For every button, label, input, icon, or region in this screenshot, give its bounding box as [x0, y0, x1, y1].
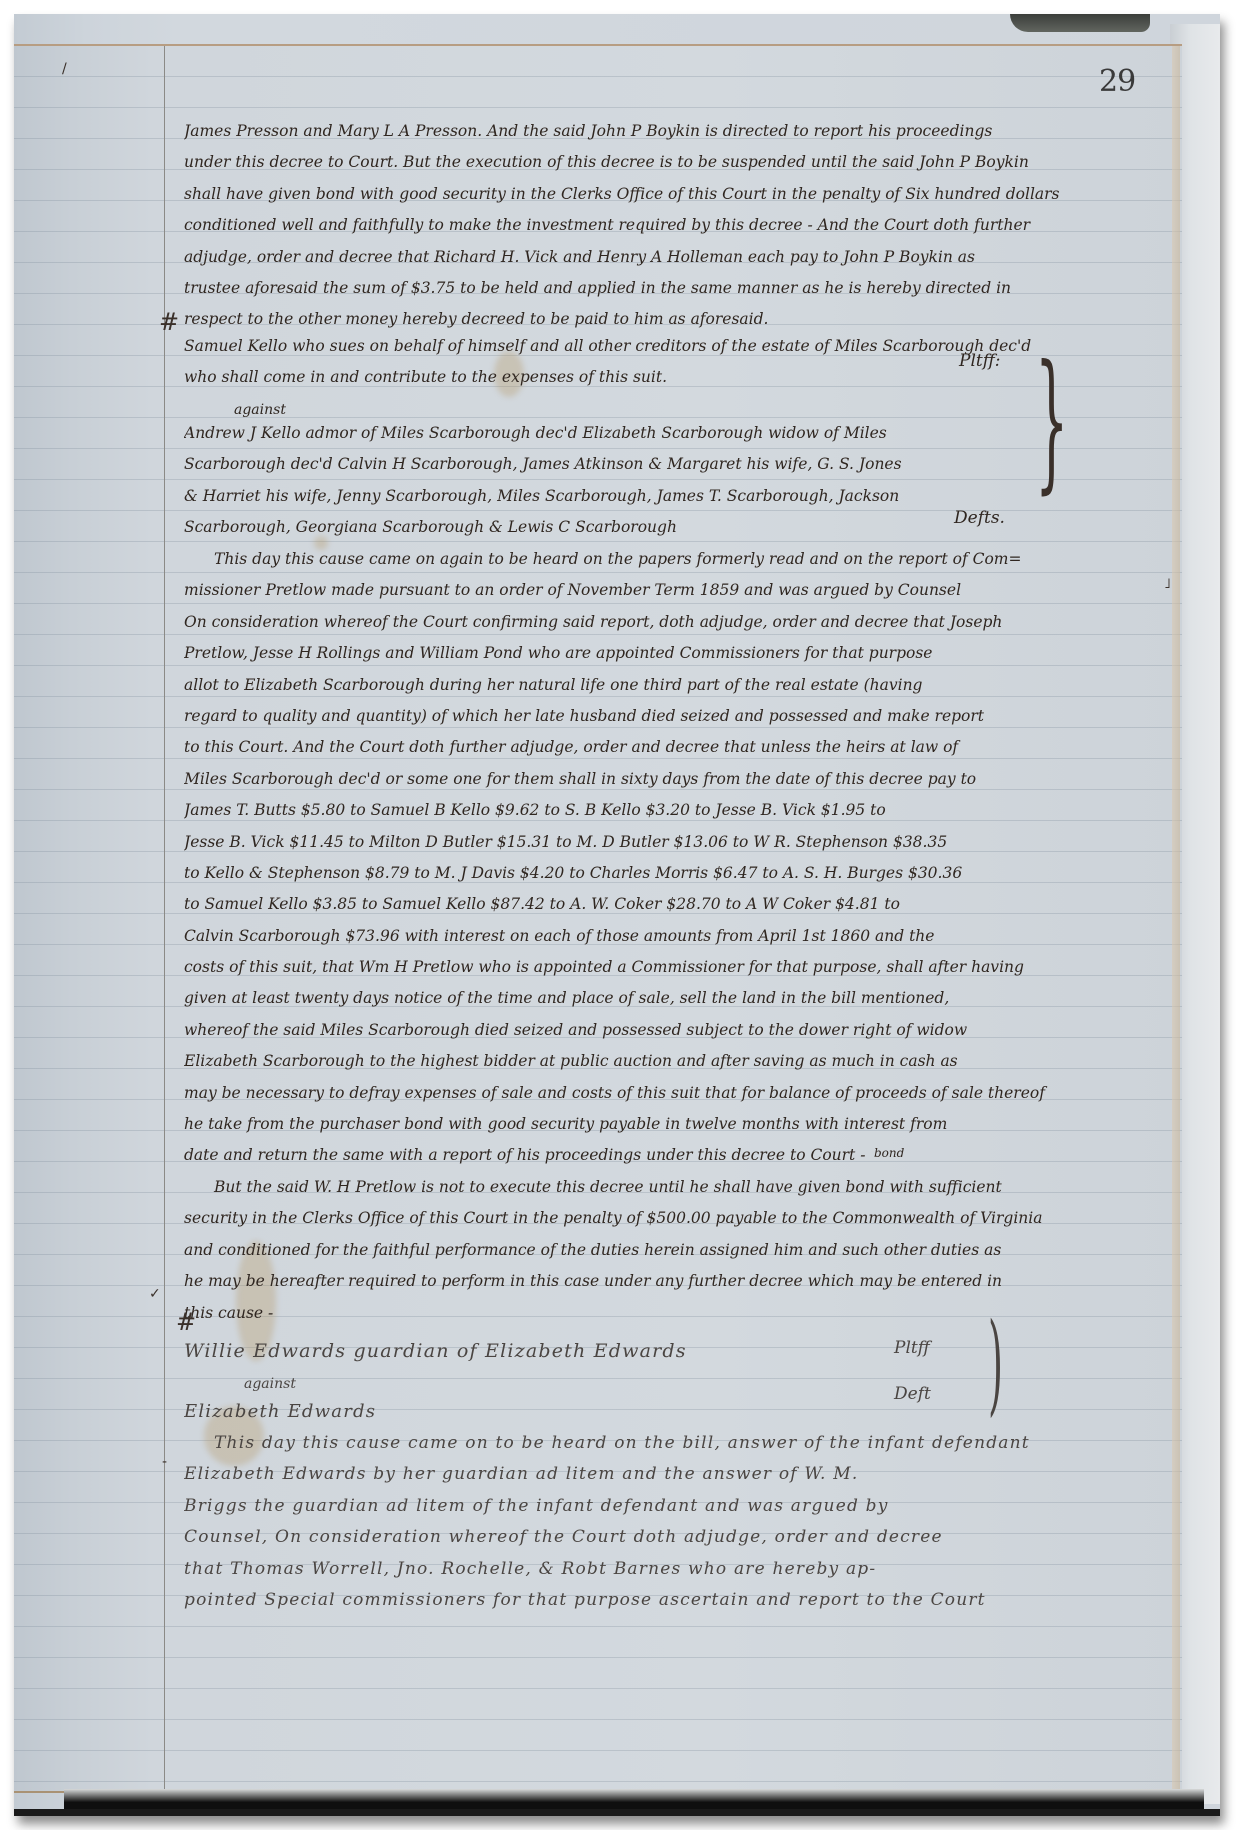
text-line: Samuel Kello who sues on behalf of himse…: [184, 331, 1159, 362]
page-number: 29: [1099, 64, 1135, 99]
brace-icon: }: [1035, 346, 1068, 496]
ledger-page: 29 / James Presson and Mary L A Presson.…: [14, 44, 1182, 1793]
text-line: and conditioned for the faithful perform…: [184, 1235, 1159, 1266]
against-label: against: [234, 402, 286, 418]
section-mark: #: [159, 308, 179, 336]
text-line: Elizabeth Scarborough to the highest bid…: [184, 1046, 1159, 1077]
section-1-text: James Presson and Mary L A Presson. And …: [184, 116, 1159, 336]
text-line: to Kello & Stephenson $8.79 to M. J Davi…: [184, 858, 1159, 889]
text-line: who shall come in and contribute to the …: [184, 362, 1159, 393]
text-line: security in the Clerks Office of this Co…: [184, 1203, 1159, 1234]
text-line: But the said W. H Pretlow is not to exec…: [184, 1172, 1159, 1203]
text-line: given at least twenty days notice of the…: [184, 983, 1159, 1014]
text-line: shall have given bond with good security…: [184, 179, 1159, 210]
defendant-label: Deft: [894, 1384, 931, 1404]
text-line: regard to quality and quantity) of which…: [184, 701, 1159, 732]
text-line: allot to Elizabeth Scarborough during he…: [184, 670, 1159, 701]
page-bottom-edge: [64, 1789, 1204, 1809]
text-line: conditioned well and faithfully to make …: [184, 210, 1159, 241]
text-line: James T. Butts $5.80 to Samuel B Kello $…: [184, 795, 1159, 826]
text-line: Willie Edwards guardian of Elizabeth Edw…: [184, 1336, 1159, 1367]
text-line: adjudge, order and decree that Richard H…: [184, 242, 1159, 273]
plaintiff-label: Pltff:: [959, 351, 1000, 371]
text-line: Scarborough, Georgiana Scarborough & Lew…: [184, 512, 1159, 543]
section-2-bond: But the said W. H Pretlow is not to exec…: [184, 1172, 1159, 1329]
text-line: James Presson and Mary L A Presson. And …: [184, 116, 1159, 147]
brace-icon: ): [988, 1308, 1003, 1418]
text-line: to this Court. And the Court doth furthe…: [184, 732, 1159, 763]
ledger-book: 29 / James Presson and Mary L A Presson.…: [14, 14, 1220, 1809]
section-2-plaintiff: Samuel Kello who sues on behalf of himse…: [184, 331, 1159, 394]
text-line: Jesse B. Vick $11.45 to Milton D Butler …: [184, 827, 1159, 858]
section-3-defendant: Elizabeth Edwards: [184, 1396, 1159, 1427]
text-line: missioner Pretlow made pursuant to an or…: [184, 575, 1159, 606]
section-mark: #: [176, 1308, 196, 1336]
margin-tick-mark: /: [62, 61, 67, 77]
text-line: Calvin Scarborough $73.96 with interest …: [184, 921, 1159, 952]
text-line: Elizabeth Edwards by her guardian ad lit…: [184, 1459, 1159, 1490]
text-line: & Harriet his wife, Jenny Scarborough, M…: [184, 481, 1159, 512]
text-line: he take from the purchaser bond with goo…: [184, 1109, 1159, 1140]
text-line: Miles Scarborough dec'd or some one for …: [184, 764, 1159, 795]
plaintiff-label: Pltff: [894, 1338, 930, 1358]
section-3-decree: This day this cause came on to be heard …: [184, 1428, 1159, 1616]
page-corner-shadow: [1010, 14, 1150, 32]
section-2-defendants: Andrew J Kello admor of Miles Scarboroug…: [184, 418, 1159, 544]
text-line: under this decree to Court. But the exec…: [184, 147, 1159, 178]
defendant-label: Defts.: [954, 508, 1005, 528]
text-line: he may be hereafter required to perform …: [184, 1266, 1159, 1297]
margin-mark: -: [162, 1454, 167, 1470]
page-right-edge: [1172, 46, 1180, 1791]
check-mark-icon: ✓: [149, 1286, 161, 1302]
section-3-plaintiff: Willie Edwards guardian of Elizabeth Edw…: [184, 1336, 1159, 1367]
text-line: Briggs the guardian ad litem of the infa…: [184, 1491, 1159, 1522]
text-line: Scarborough dec'd Calvin H Scarborough, …: [184, 449, 1159, 480]
text-line: On consideration whereof the Court confi…: [184, 607, 1159, 638]
margin-tick-mark: ˩: [1164, 576, 1171, 592]
section-2-decree: This day this cause came on again to be …: [184, 544, 1159, 1172]
text-line: Andrew J Kello admor of Miles Scarboroug…: [184, 418, 1159, 449]
text-line: Elizabeth Edwards: [184, 1396, 1159, 1427]
text-line: may be necessary to defray expenses of s…: [184, 1078, 1159, 1109]
text-line: Pretlow, Jesse H Rollings and William Po…: [184, 638, 1159, 669]
text-line: this cause -: [184, 1298, 1159, 1329]
text-line: date and return the same with a report o…: [184, 1140, 1159, 1171]
text-line: This day this cause came on again to be …: [184, 544, 1159, 575]
text-line: pointed Special commissioners for that p…: [184, 1585, 1159, 1616]
text-line: This day this cause came on to be heard …: [184, 1428, 1159, 1459]
text-line: that Thomas Worrell, Jno. Rochelle, & Ro…: [184, 1554, 1159, 1585]
text-line: trustee aforesaid the sum of $3.75 to be…: [184, 273, 1159, 304]
against-label: against: [244, 1376, 296, 1392]
text-line: to Samuel Kello $3.85 to Samuel Kello $8…: [184, 889, 1159, 920]
text-line: Counsel, On consideration whereof the Co…: [184, 1522, 1159, 1553]
interlinear-insertion: bond: [874, 1146, 904, 1160]
text-line: costs of this suit, that Wm H Pretlow wh…: [184, 952, 1159, 983]
text-line: whereof the said Miles Scarborough died …: [184, 1015, 1159, 1046]
